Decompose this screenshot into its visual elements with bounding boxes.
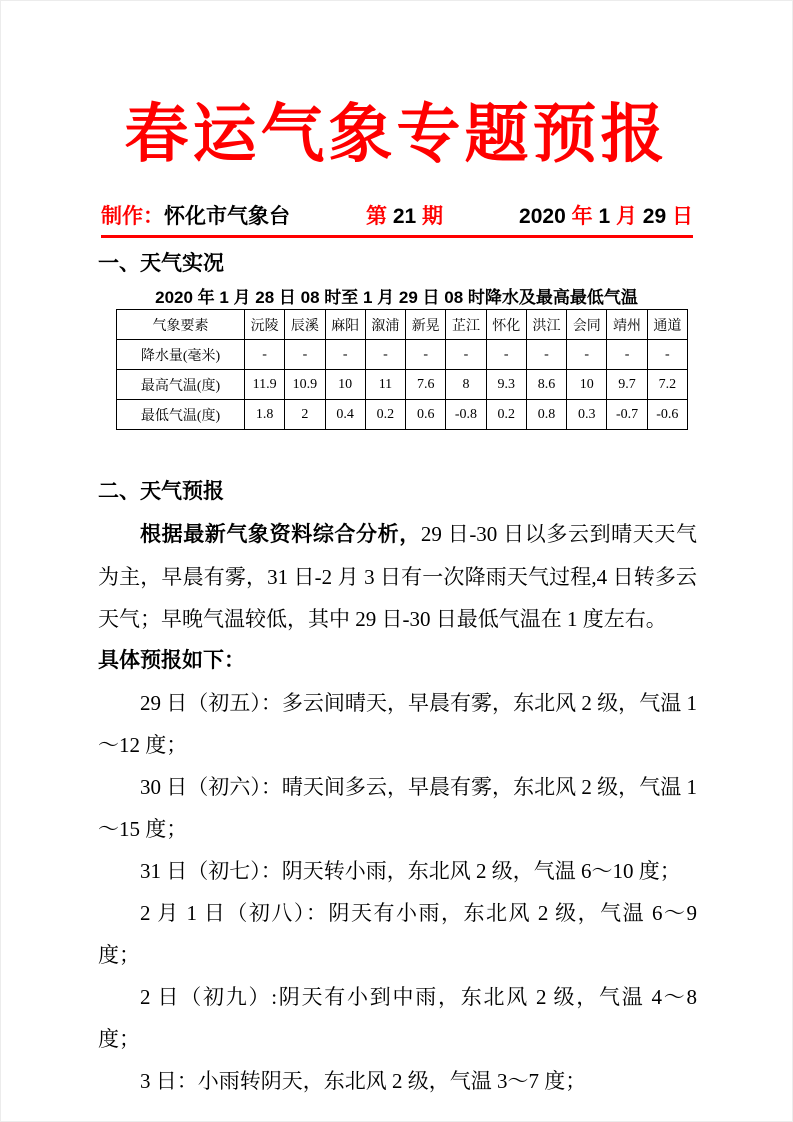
- forecast-list: 29 日（初五）：多云间晴天，早晨有雾，东北风 2 级，气温 1～12 度；30…: [98, 682, 697, 1102]
- table-value-cell: 1.8: [245, 400, 285, 430]
- table-value-cell: 0.2: [486, 400, 526, 430]
- table-value-cell: 7.6: [406, 370, 446, 400]
- table-header-cell: 靖州: [607, 310, 647, 340]
- forecast-item: 2 日（初九）:阴天有小到中雨，东北风 2 级，气温 4～8 度；: [98, 976, 697, 1060]
- table-header-cell: 洪江: [526, 310, 566, 340]
- forecast-summary-paragraph: 根据最新气象资料综合分析，29 日-30 日以多云到晴天天气为主，早晨有雾，31…: [98, 513, 697, 640]
- table-row: 降水量(毫米)-----------: [117, 340, 688, 370]
- text-segment: 月: [610, 205, 643, 228]
- issue-date-text: 2020 年 1 月 29 日: [519, 203, 693, 231]
- text-segment: 1: [598, 205, 610, 228]
- text-segment: 期: [416, 205, 443, 228]
- table-value-cell: 0.6: [406, 400, 446, 430]
- table-value-cell: -: [647, 340, 687, 370]
- table-row: 最高气温(度)11.910.910117.689.38.6109.77.2: [117, 370, 688, 400]
- table-value-cell: 0.2: [365, 400, 405, 430]
- forecast-item: 2 月 1 日（初八）：阴天有小雨，东北风 2 级，气温 6～9 度；: [98, 892, 697, 976]
- table-value-cell: 10: [325, 370, 365, 400]
- table-value-cell: -: [325, 340, 365, 370]
- text-segment: 29: [643, 205, 666, 228]
- table-value-cell: 10: [567, 370, 607, 400]
- forecast-item: 30 日（初六）：晴天间多云，早晨有雾，东北风 2 级，气温 1～15 度；: [98, 766, 697, 850]
- section2-heading: 二、天气预报: [98, 471, 697, 513]
- table-value-cell: 8.6: [526, 370, 566, 400]
- table-value-cell: 11.9: [245, 370, 285, 400]
- text-segment: 制作：: [101, 205, 164, 228]
- table-value-cell: -: [607, 340, 647, 370]
- table-value-cell: 7.2: [647, 370, 687, 400]
- table-header-cell: 怀化: [486, 310, 526, 340]
- forecast-item: 31 日（初七）：阴天转小雨，东北风 2 级，气温 6～10 度；: [98, 850, 697, 892]
- summary-lead-text: 根据最新气象资料综合分析，: [140, 523, 421, 546]
- table-value-cell: 2: [285, 400, 325, 430]
- table-value-cell: 10.9: [285, 370, 325, 400]
- table-value-cell: 0.8: [526, 400, 566, 430]
- table-value-cell: -0.7: [607, 400, 647, 430]
- text-segment: 21: [393, 205, 416, 228]
- table-value-cell: 8: [446, 370, 486, 400]
- table-value-cell: -0.8: [446, 400, 486, 430]
- table-header-cell: 溆浦: [365, 310, 405, 340]
- row-label-cell: 降水量(毫米): [117, 340, 245, 370]
- table-row: 最低气温(度)1.820.40.20.6-0.80.20.80.3-0.7-0.…: [117, 400, 688, 430]
- table-header-cell: 沅陵: [245, 310, 285, 340]
- text-segment: 日: [666, 205, 693, 228]
- text-segment: 年: [566, 205, 599, 228]
- table-header-cell: 新晃: [406, 310, 446, 340]
- table-value-cell: 9.3: [486, 370, 526, 400]
- table-value-cell: -: [486, 340, 526, 370]
- table-value-cell: -: [446, 340, 486, 370]
- section2-forecast: 二、天气预报 根据最新气象资料综合分析，29 日-30 日以多云到晴天天气为主，…: [98, 471, 697, 1102]
- row-label-cell: 最高气温(度): [117, 370, 245, 400]
- table-body: 降水量(毫米)-----------最高气温(度)11.910.910117.6…: [117, 340, 688, 430]
- table-header-cell: 气象要素: [117, 310, 245, 340]
- table-header-row: 气象要素沅陵辰溪麻阳溆浦新晃芷江怀化洪江会同靖州通道: [117, 310, 688, 340]
- text-segment: 2020: [519, 205, 566, 228]
- table-value-cell: 11: [365, 370, 405, 400]
- forecast-item: 29 日（初五）：多云间晴天，早晨有雾，东北风 2 级，气温 1～12 度；: [98, 682, 697, 766]
- table-value-cell: -: [406, 340, 446, 370]
- table-value-cell: -: [365, 340, 405, 370]
- bulletin-title: 春运气象专题预报: [1, 93, 792, 176]
- table-value-cell: -: [567, 340, 607, 370]
- section1-heading: 一、天气实况: [98, 247, 224, 277]
- table-value-cell: 0.3: [567, 400, 607, 430]
- producer-text: 制作：怀化市气象台: [101, 203, 290, 231]
- table-value-cell: 0.4: [325, 400, 365, 430]
- weather-observation-table: 气象要素沅陵辰溪麻阳溆浦新晃芷江怀化洪江会同靖州通道 降水量(毫米)------…: [116, 309, 688, 430]
- detail-forecast-heading: 具体预报如下：: [98, 640, 697, 682]
- table-value-cell: -0.6: [647, 400, 687, 430]
- text-segment: 第: [366, 205, 393, 228]
- observation-table-title: 2020 年 1 月 28 日 08 时至 1 月 29 日 08 时降水及最高…: [1, 283, 792, 308]
- table-header-cell: 麻阳: [325, 310, 365, 340]
- table-header-cell: 芷江: [446, 310, 486, 340]
- table-header-cell: 辰溪: [285, 310, 325, 340]
- table-value-cell: -: [526, 340, 566, 370]
- masthead-info-line: 制作：怀化市气象台 第 21 期 2020 年 1 月 29 日: [101, 203, 693, 231]
- row-label-cell: 最低气温(度): [117, 400, 245, 430]
- text-segment: 怀化市气象台: [164, 205, 290, 228]
- header-divider-rule: [101, 235, 693, 238]
- table-value-cell: -: [245, 340, 285, 370]
- table-value-cell: -: [285, 340, 325, 370]
- bulletin-page: 春运气象专题预报 制作：怀化市气象台 第 21 期 2020 年 1 月 29 …: [0, 0, 793, 1122]
- table-header-cell: 会同: [567, 310, 607, 340]
- table-header-cell: 通道: [647, 310, 687, 340]
- table-value-cell: 9.7: [607, 370, 647, 400]
- forecast-item: 3 日：小雨转阴天，东北风 2 级，气温 3～7 度；: [98, 1060, 697, 1102]
- issue-number-text: 第 21 期: [366, 203, 443, 231]
